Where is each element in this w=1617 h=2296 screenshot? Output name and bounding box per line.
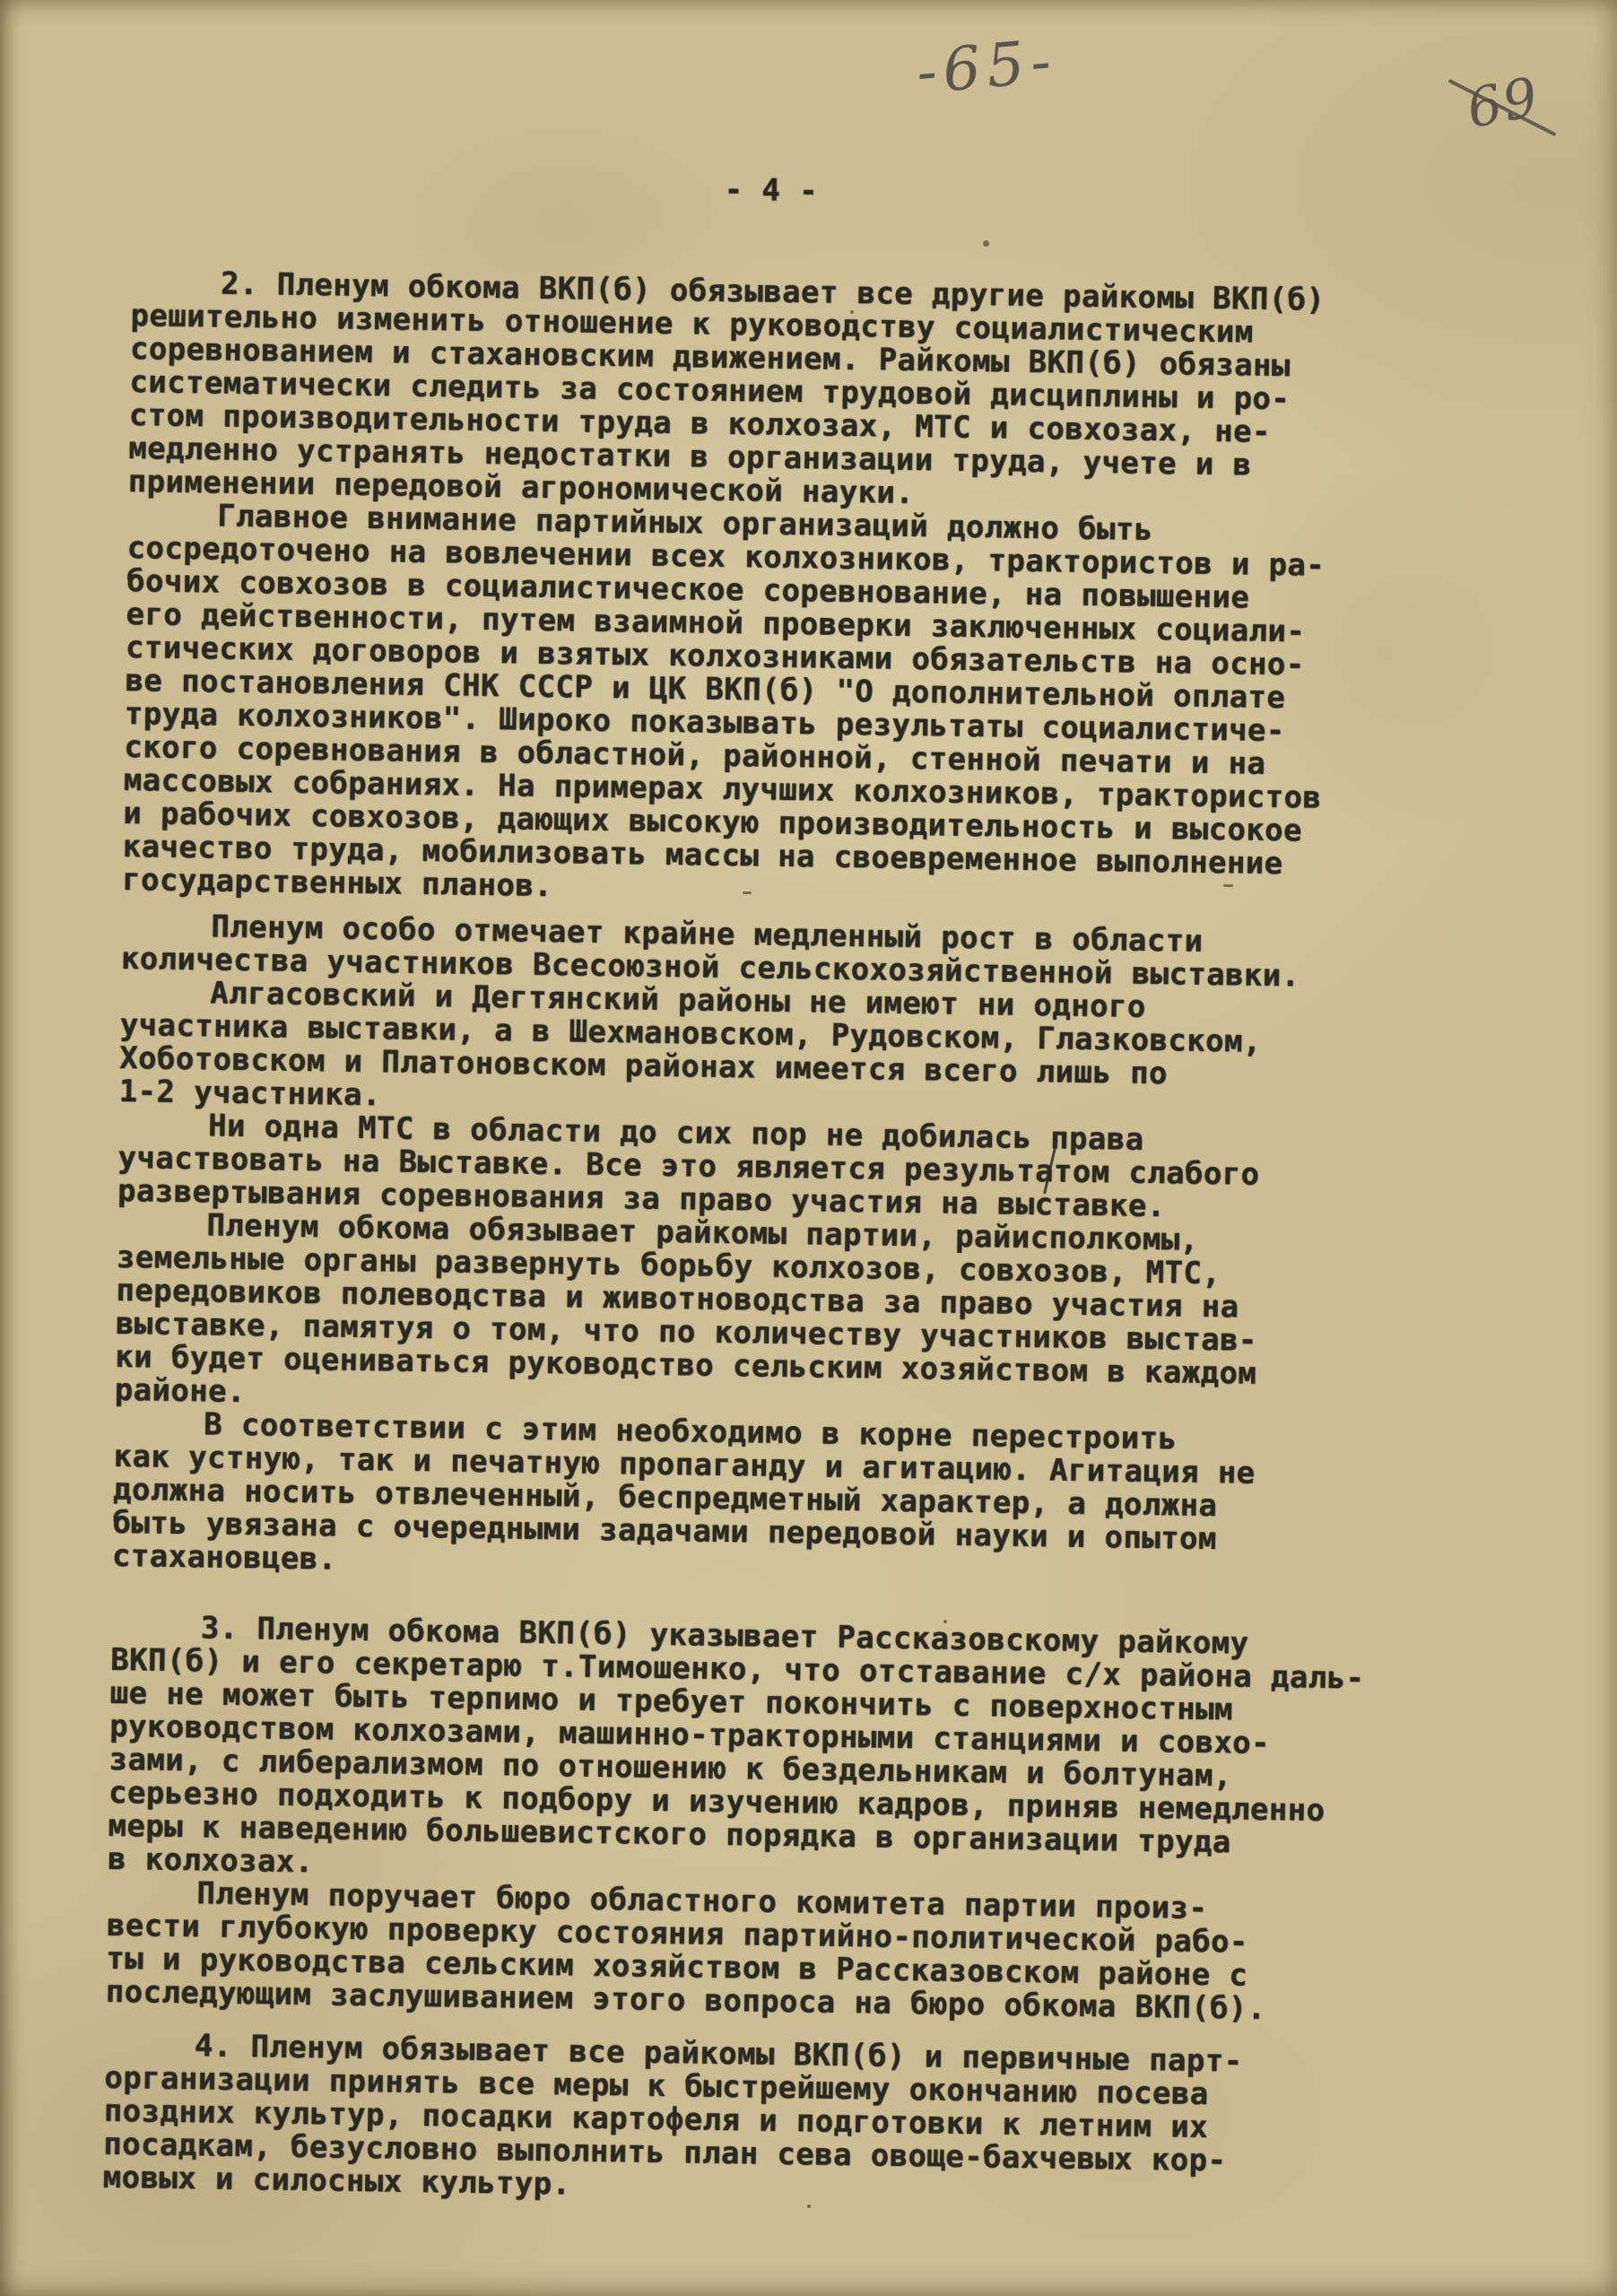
scanned-paper-sheet: -65- 69 - 4 - 2. Пленум обкома ВКП(б) об… — [0, 0, 1617, 2296]
paragraph-v-sootvetstvii: В соответствии с этим необходимо в корне… — [112, 1407, 1451, 1593]
typed-page-number: - 4 - — [132, 165, 1468, 218]
paragraph-3-rasskazovsky: 3. Пленум обкома ВКП(б) указывает Расска… — [108, 1611, 1447, 1896]
paragraph-glavnoe-vnimanie: Главное внимание партийных организаций д… — [122, 499, 1464, 917]
handwritten-folio-number: -65- — [914, 26, 1060, 107]
typed-text-block: - 4 - 2. Пленум обкома ВКП(б) обязывает … — [102, 165, 1468, 2214]
paragraph-2-plenum-obkoma: 2. Пленум обкома ВКП(б) обязывает все др… — [127, 266, 1467, 518]
paragraph-plenum-poruchaet: Пленум поручает бюро областного комитета… — [105, 1876, 1443, 2029]
ink-speck — [807, 2205, 811, 2208]
crossed-out-folio-number: 69 — [1462, 65, 1544, 141]
paragraph-plenum-obyazyvaet: Пленум обкома обязывает райкомы партии, … — [114, 1208, 1453, 1427]
paragraph-algasovsky: Алгасовский и Дегтянский районы не имеют… — [118, 976, 1456, 1128]
paragraph-4-posev: 4. Пленум обязывает все райкомы ВКП(б) и… — [102, 2029, 1441, 2214]
